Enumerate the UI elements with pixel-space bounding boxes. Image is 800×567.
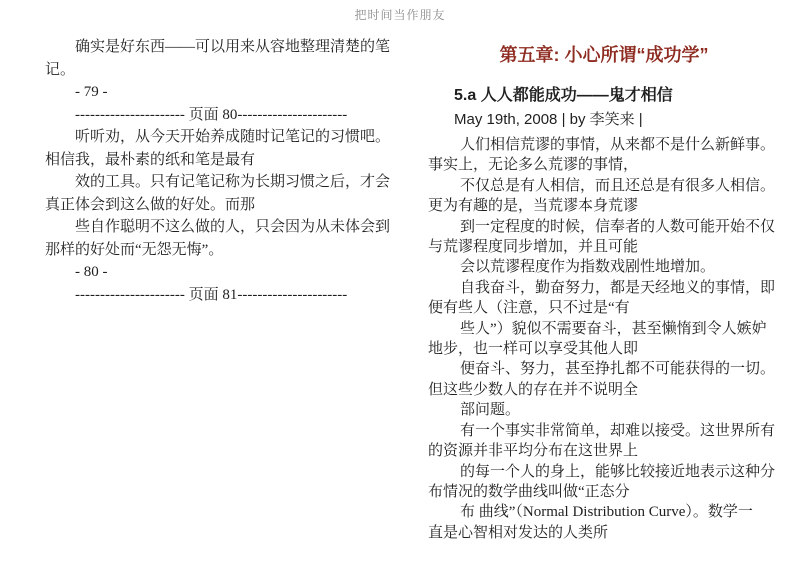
text-line: 真正体会到这么做的好处。而那 bbox=[45, 194, 397, 217]
text-line: 的每一个人的身上，能够比较接近地表示这种分 bbox=[428, 462, 780, 482]
text-line: 便奋斗、努力，甚至挣扎都不可能获得的一切。 bbox=[428, 359, 780, 379]
text-line: 会以荒谬程度作为指数戏剧性地增加。 bbox=[428, 257, 780, 277]
byline: May 19th, 2008 | by 李笑来 | bbox=[454, 110, 780, 129]
text-line: 与荒谬程度同步增加，并且可能 bbox=[428, 237, 780, 257]
text-line: 那样的好处而“无怨无悔”。 bbox=[45, 239, 397, 262]
text-line: 事实上，无论多么荒谬的事情， bbox=[428, 155, 780, 175]
text-line: 些自作聪明不这么做的人，只会因为从未体会到 bbox=[45, 216, 397, 239]
text-line: 不仅总是有人相信，而且还总是有很多人相信。 bbox=[428, 176, 780, 196]
document-title: 把时间当作朋友 bbox=[0, 6, 800, 23]
text-line: 记。 bbox=[45, 59, 397, 82]
text-line: 直是心智相对发达的人类所 bbox=[428, 523, 780, 543]
left-page: 确实是好东西——可以用来从容地整理清楚的笔记。- 79 ------------… bbox=[45, 36, 397, 306]
text-line: 的资源并非平均分布在这世界上 bbox=[428, 441, 780, 461]
text-line: 相信我，最朴素的纸和笔是最有 bbox=[45, 149, 397, 172]
text-line: 布 曲线”（Normal Distribution Curve）。数学一 bbox=[428, 502, 780, 522]
right-page: 第五章: 小心所谓“成功学” 5.a 人人都能成功——鬼才相信 May 19th… bbox=[428, 44, 780, 543]
text-line: 但这些少数人的存在并不说明全 bbox=[428, 380, 780, 400]
chapter-title: 第五章: 小心所谓“成功学” bbox=[428, 44, 780, 66]
text-line: 有一个事实非常简单，却难以接受。这世界所有 bbox=[428, 421, 780, 441]
right-page-body: 人们相信荒谬的事情，从来都不是什么新鲜事。事实上，无论多么荒谬的事情，不仅总是有… bbox=[428, 135, 780, 543]
text-line: 布情况的数学曲线叫做“正态分 bbox=[428, 482, 780, 502]
text-line: - 80 - bbox=[45, 261, 397, 284]
text-line: 确实是好东西——可以用来从容地整理清楚的笔 bbox=[45, 36, 397, 59]
text-line: - 79 - bbox=[45, 81, 397, 104]
text-line: 到一定程度的时候，信奉者的人数可能开始不仅 bbox=[428, 217, 780, 237]
text-line: 人们相信荒谬的事情，从来都不是什么新鲜事。 bbox=[428, 135, 780, 155]
section-heading: 5.a 人人都能成功——鬼才相信 bbox=[454, 86, 780, 106]
text-line: 效的工具。只有记笔记称为长期习惯之后，才会 bbox=[45, 171, 397, 194]
text-line: ---------------------- 页面 80------------… bbox=[45, 104, 397, 127]
text-line: 些人”）貌似不需要奋斗，甚至懒惰到令人嫉妒 bbox=[428, 319, 780, 339]
text-line: 地步，也一样可以享受其他人即 bbox=[428, 339, 780, 359]
text-line: 更为有趣的是，当荒谬本身荒谬 bbox=[428, 196, 780, 216]
text-line: 部问题。 bbox=[428, 400, 780, 420]
text-line: 便有些人（注意，只不过是“有 bbox=[428, 298, 780, 318]
text-line: ---------------------- 页面 81------------… bbox=[45, 284, 397, 307]
document-page: 把时间当作朋友 确实是好东西——可以用来从容地整理清楚的笔记。- 79 ----… bbox=[0, 0, 800, 567]
text-line: 自我奋斗，勤奋努力，都是天经地义的事情，即 bbox=[428, 278, 780, 298]
text-line: 听听劝，从今天开始养成随时记笔记的习惯吧。 bbox=[45, 126, 397, 149]
